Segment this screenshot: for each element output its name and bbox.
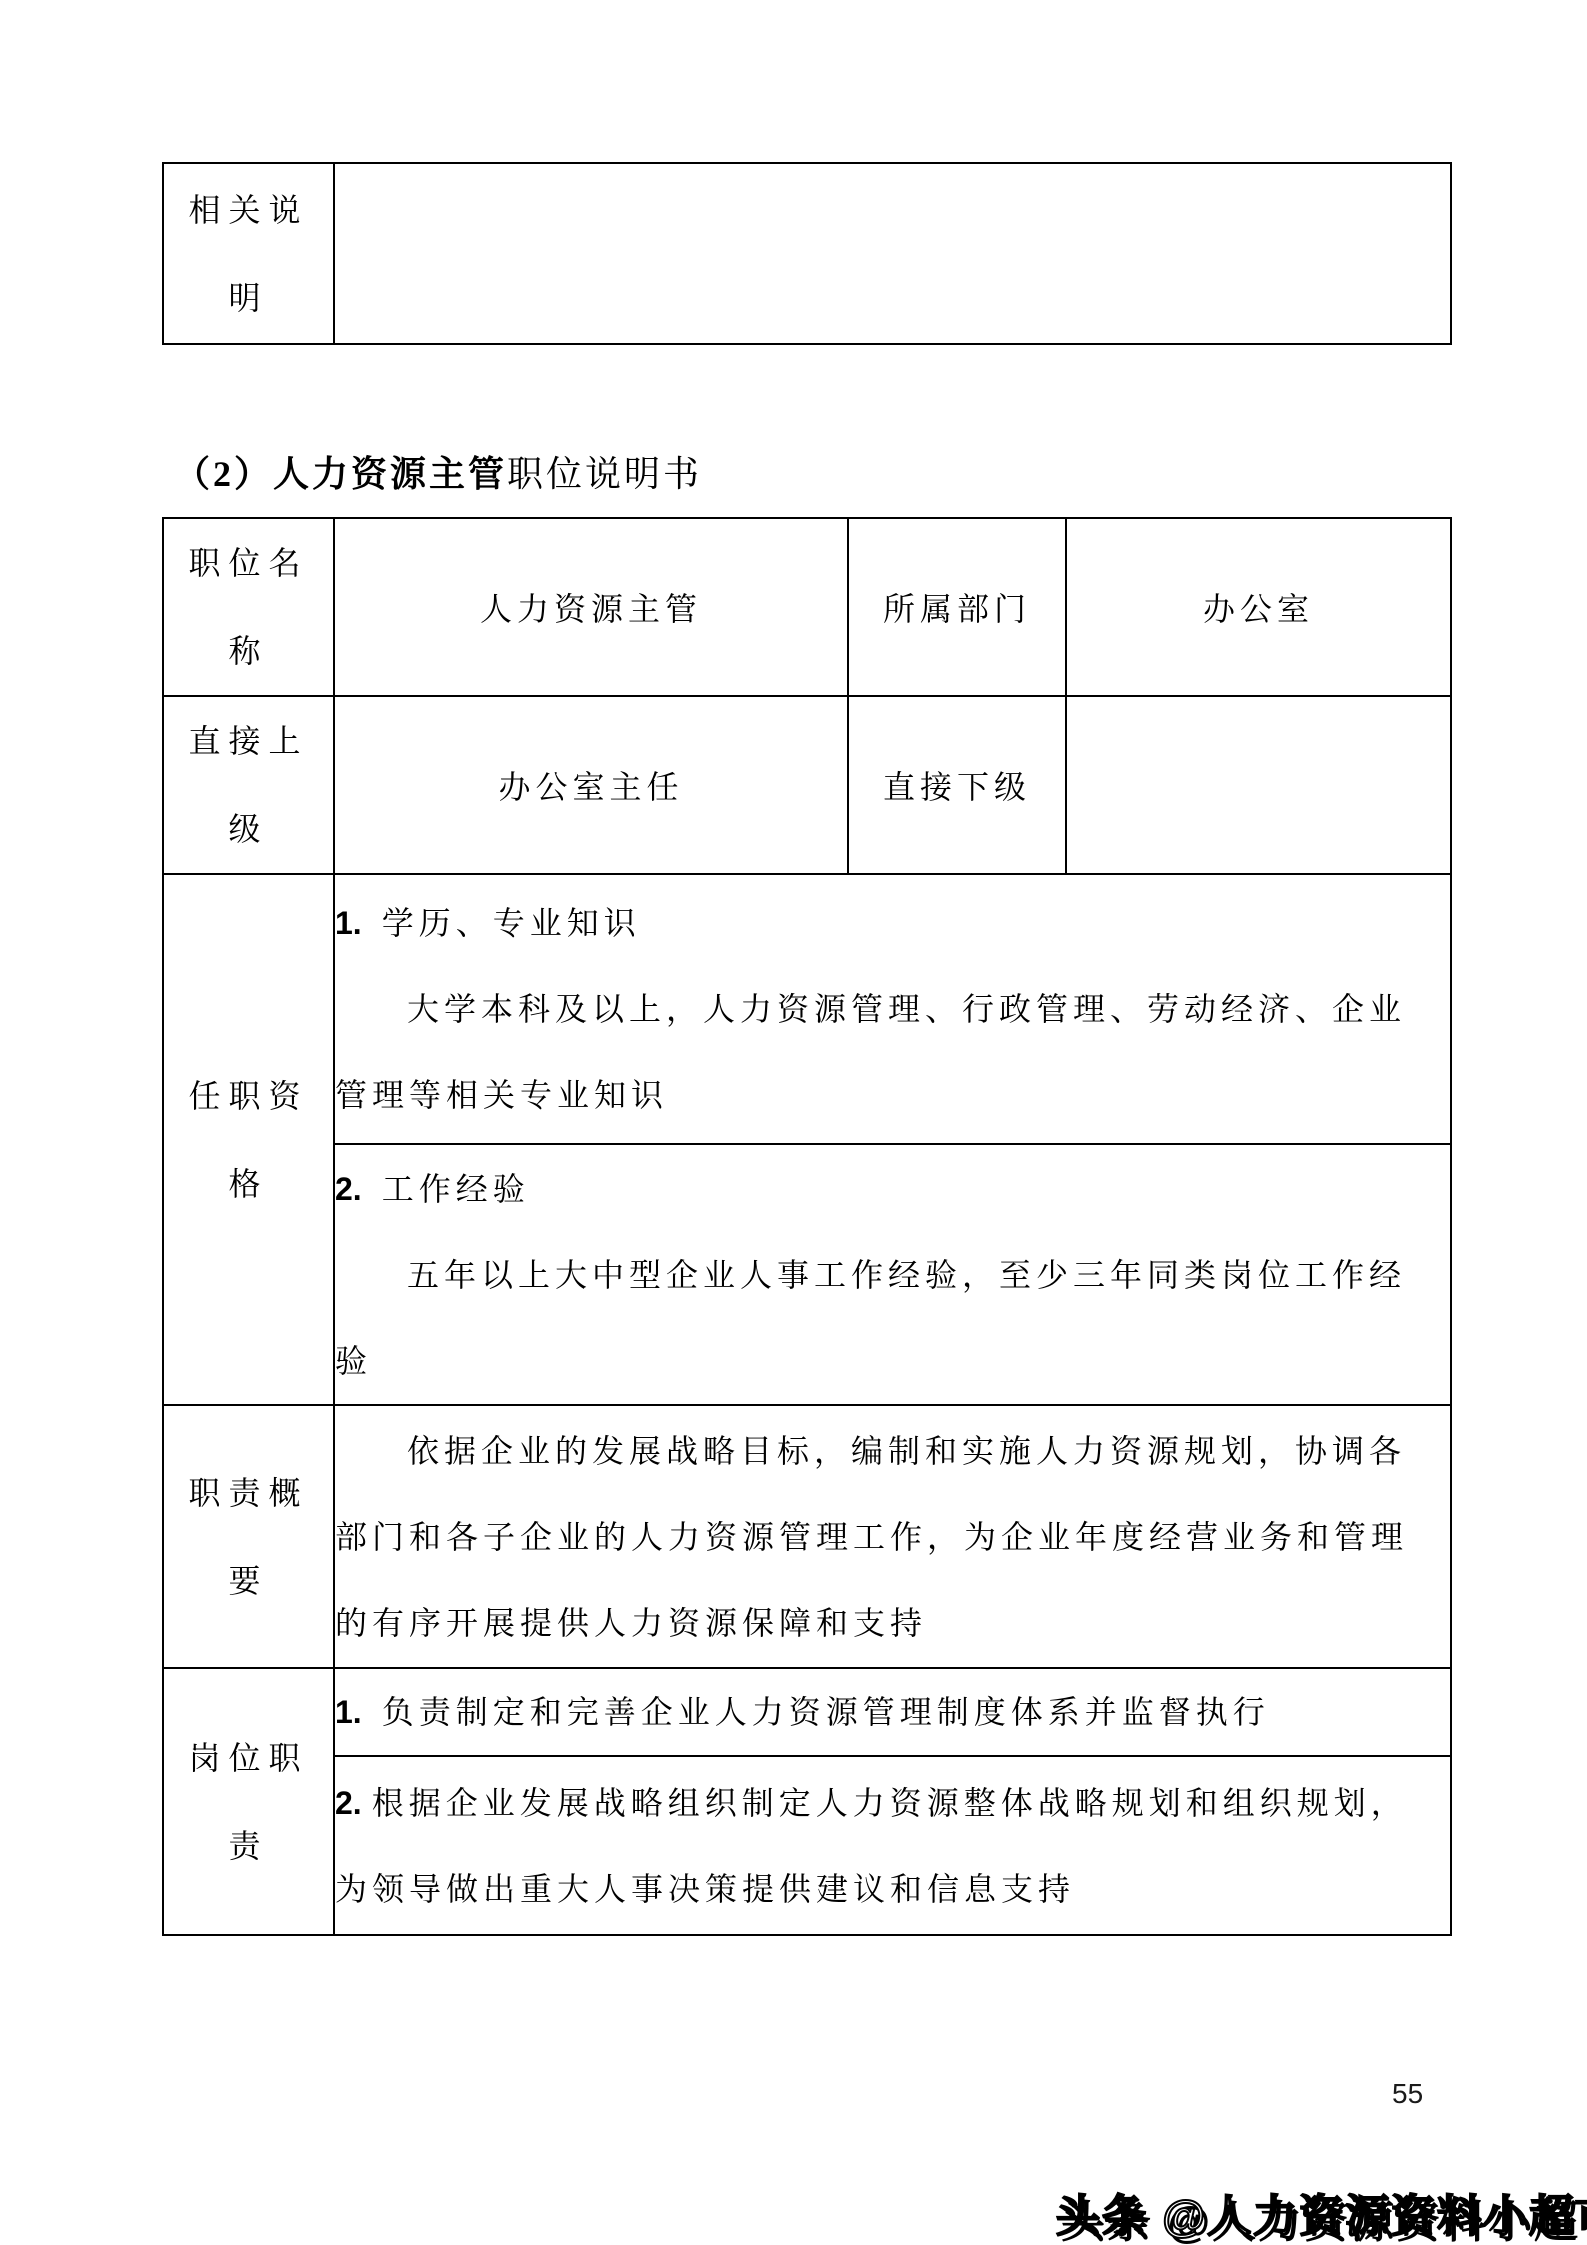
section-heading: （2）人力资源主管职位说明书 [174, 446, 702, 497]
position-name-value: 人力资源主管 [334, 518, 848, 696]
qualifications-experience-cell: 2.工作经验 五年以上大中型企业人事工作经验，至少三年同类岗位工作经 验 [334, 1144, 1451, 1405]
related-note-table: 相关说 明 [162, 162, 1452, 345]
heading-suffix: 职位说明书 [507, 454, 702, 494]
direct-superior-value: 办公室主任 [334, 696, 848, 874]
related-note-content-cell [334, 163, 1451, 344]
department-label: 所属部门 [848, 518, 1066, 696]
page-number: 55 [1392, 2078, 1423, 2110]
position-name-label-line2: 称 [164, 607, 333, 695]
row-duties-item2: 2.根据企业发展战略组织制定人力资源整体战略规划和组织规划， 为领导做出重大人事… [163, 1756, 1451, 1935]
duty-summary-cell: 依据企业的发展战略目标，编制和实施人力资源规划，协调各 部门和各子企业的人力资源… [334, 1405, 1451, 1668]
qualification-item-2-text-line2: 验 [335, 1318, 1450, 1404]
qualifications-label-line1: 任职资 [164, 1052, 333, 1140]
direct-superior-label-line2: 级 [164, 785, 333, 873]
duties-item-1-cell: 1.负责制定和完善企业人力资源管理制度体系并监督执行 [334, 1668, 1451, 1756]
row-qualifications-education: 任职资 格 1.学历、专业知识 大学本科及以上，人力资源管理、行政管理、劳动经济… [163, 874, 1451, 1144]
job-description-table: 职位名 称 人力资源主管 所属部门 办公室 直接上 级 办公室主任 直接下级 任… [162, 517, 1452, 1936]
duties-item-2-line2: 为领导做出重大人事决策提供建议和信息支持 [335, 1846, 1450, 1932]
qualification-item-2-number: 2. [335, 1171, 362, 1207]
qualification-item-1-text-line1: 大学本科及以上，人力资源管理、行政管理、劳动经济、企业 [335, 966, 1450, 1052]
duty-summary-line1: 依据企业的发展战略目标，编制和实施人力资源规划，协调各 [335, 1408, 1450, 1494]
document-page: 相关说 明 （2）人力资源主管职位说明书 职位名 称 人力资源主管 所属部门 办… [0, 0, 1587, 2245]
qualification-item-1-text-line2: 管理等相关专业知识 [335, 1052, 1450, 1138]
row-position-name: 职位名 称 人力资源主管 所属部门 办公室 [163, 518, 1451, 696]
duties-item-2-line1: 2.根据企业发展战略组织制定人力资源整体战略规划和组织规划， [335, 1760, 1450, 1846]
qualifications-label-line2: 格 [164, 1140, 333, 1228]
row-qualifications-experience: 2.工作经验 五年以上大中型企业人事工作经验，至少三年同类岗位工作经 验 [163, 1144, 1451, 1405]
duty-summary-label-cell: 职责概 要 [163, 1405, 334, 1668]
duty-summary-label-line2: 要 [164, 1537, 333, 1625]
direct-superior-label-cell: 直接上 级 [163, 696, 334, 874]
duty-summary-label-line1: 职责概 [164, 1449, 333, 1537]
position-name-label-line1: 职位名 [164, 519, 333, 607]
duties-label-line1: 岗位职 [164, 1714, 333, 1802]
duties-item-1-number: 1. [335, 1694, 362, 1730]
duties-item-2-cell: 2.根据企业发展战略组织制定人力资源整体战略规划和组织规划， 为领导做出重大人事… [334, 1756, 1451, 1935]
duties-label-cell: 岗位职 责 [163, 1668, 334, 1935]
position-name-label-cell: 职位名 称 [163, 518, 334, 696]
duty-summary-line2: 部门和各子企业的人力资源管理工作，为企业年度经营业务和管理 [335, 1494, 1450, 1580]
duties-item-1: 1.负责制定和完善企业人力资源管理制度体系并监督执行 [335, 1669, 1450, 1755]
qualifications-label-cell: 任职资 格 [163, 874, 334, 1405]
duties-item-2-number: 2. [335, 1785, 362, 1821]
department-value: 办公室 [1066, 518, 1451, 696]
qualification-item-2-text-line1: 五年以上大中型企业人事工作经验，至少三年同类岗位工作经 [335, 1232, 1450, 1318]
qualifications-education-cell: 1.学历、专业知识 大学本科及以上，人力资源管理、行政管理、劳动经济、企业 管理… [334, 874, 1451, 1144]
heading-number: （2） [174, 454, 273, 494]
direct-subordinate-label: 直接下级 [848, 696, 1066, 874]
qualification-item-1-number: 1. [335, 905, 362, 941]
qualification-item-1-title: 1.学历、专业知识 [335, 880, 1450, 966]
heading-job-title: 人力资源主管 [273, 454, 507, 494]
related-note-label-line1: 相关说 [164, 166, 333, 254]
qualification-item-2-title: 2.工作经验 [335, 1146, 1450, 1232]
direct-superior-label-line1: 直接上 [164, 697, 333, 785]
direct-subordinate-value [1066, 696, 1451, 874]
watermark-text: 头条 @人力资源资料小超市 [1056, 2180, 1587, 2244]
row-duties-item1: 岗位职 责 1.负责制定和完善企业人力资源管理制度体系并监督执行 [163, 1668, 1451, 1756]
duties-label-line2: 责 [164, 1802, 333, 1890]
duty-summary-line3: 的有序开展提供人力资源保障和支持 [335, 1580, 1450, 1666]
row-duty-summary: 职责概 要 依据企业的发展战略目标，编制和实施人力资源规划，协调各 部门和各子企… [163, 1405, 1451, 1668]
related-note-label-line2: 明 [164, 254, 333, 342]
row-direct-superior: 直接上 级 办公室主任 直接下级 [163, 696, 1451, 874]
related-note-label-cell: 相关说 明 [163, 163, 334, 344]
